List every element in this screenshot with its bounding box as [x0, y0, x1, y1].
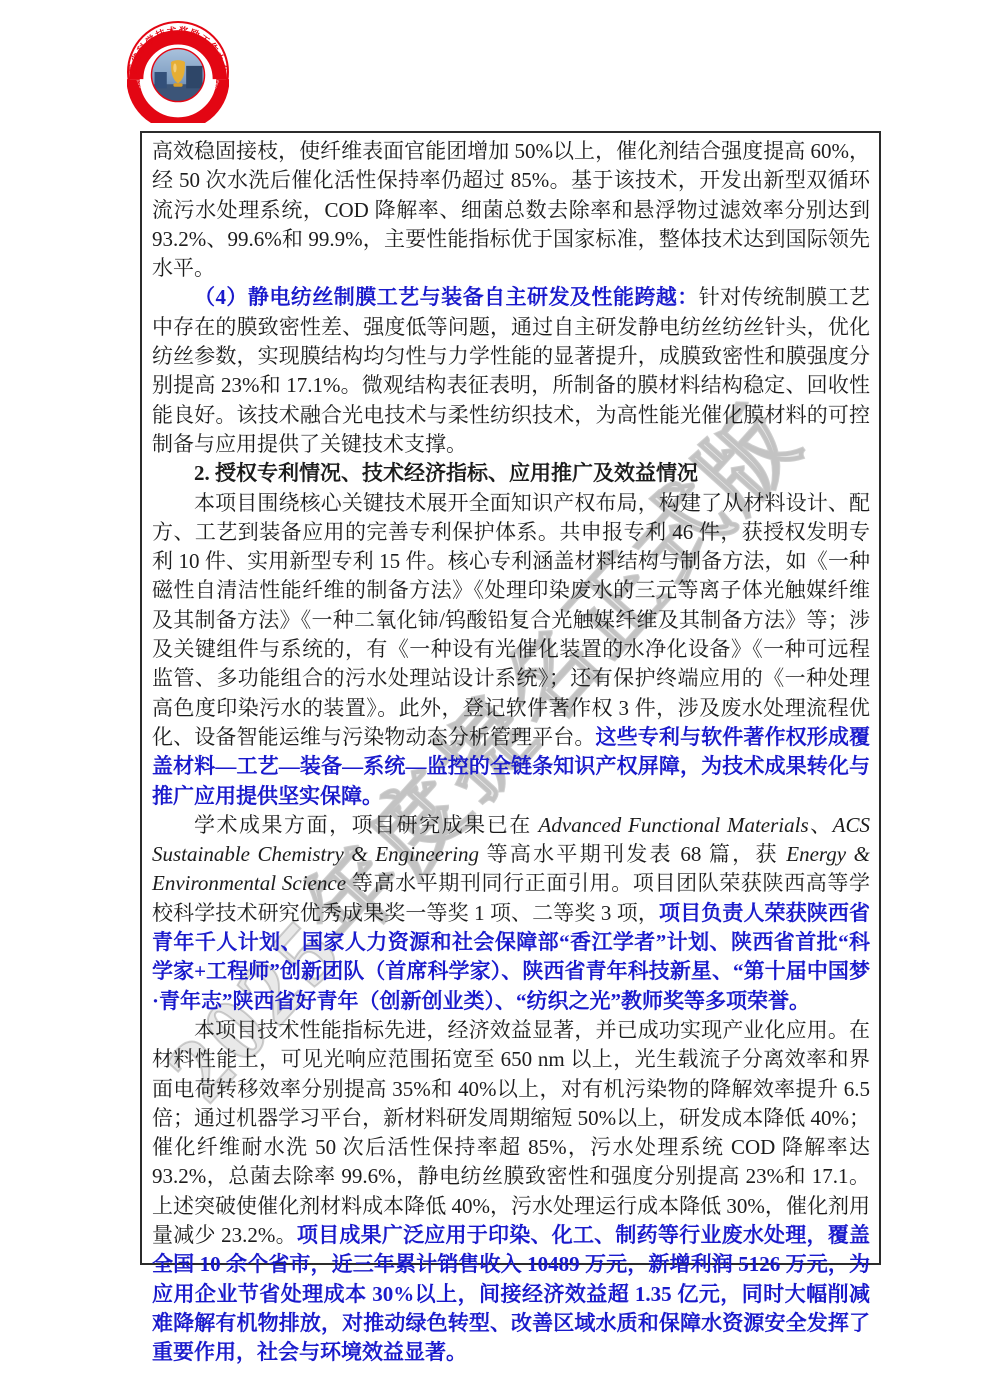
page-root: { "page": {"width": 990, "height": 1399,… [0, 0, 990, 1399]
text-run-normal: 等高水平期刊发表 68 篇，获 [479, 842, 786, 866]
text-run-blue-bold: （4）静电纺丝制膜工艺与装备自主研发及性能跨越： [194, 285, 699, 309]
paragraph: 本项目技术性能指标先进，经济效益显著，并已成功实现产业化应用。在材料性能上，可见… [152, 1016, 870, 1368]
text-run-normal: 学术成果方面，项目研究成果已在 [194, 813, 539, 837]
text-run-normal: 针对传统制膜工艺中存在的膜致密性差、强度低等问题，通过自主研发静电纺丝纺丝针头，… [152, 285, 870, 455]
text-run-normal: 、 [809, 813, 833, 837]
office-seal-logo: 陕西省科学技术奖励工作办公室 SHAANXI PROVINCE OFFICE O… [127, 21, 229, 123]
paragraph: 高效稳固接枝，使纤维表面官能团增加 50%以上，催化剂结合强度提高 60%，经 … [152, 137, 870, 283]
text-run-normal: 本项目围绕核心关键技术展开全面知识产权布局，构建了从材料设计、配方、工艺到装备应… [152, 491, 870, 749]
paragraph: 本项目围绕核心关键技术展开全面知识产权布局，构建了从材料设计、配方、工艺到装备应… [152, 489, 870, 811]
text-run-normal: 本项目技术性能指标先进，经济效益显著，并已成功实现产业化应用。在材料性能上，可见… [152, 1018, 870, 1247]
text-run-normal: 高效稳固接枝，使纤维表面官能团增加 50%以上，催化剂结合强度提高 60%，经 … [152, 139, 870, 280]
paragraph: （4）静电纺丝制膜工艺与装备自主研发及性能跨越：针对传统制膜工艺中存在的膜致密性… [152, 283, 870, 459]
paragraph: 学术成果方面，项目研究成果已在 Advanced Functional Mate… [152, 811, 870, 1016]
section-heading: 2. 授权专利情况、技术经济指标、应用推广及效益情况 [152, 459, 870, 488]
text-run-normal: 2. 授权专利情况、技术经济指标、应用推广及效益情况 [194, 461, 698, 485]
text-run-italic: Advanced Functional Materials [539, 813, 809, 837]
document-body: 高效稳固接枝，使纤维表面官能团增加 50%以上，催化剂结合强度提高 60%，经 … [140, 131, 881, 1265]
seal-icon: 陕西省科学技术奖励工作办公室 SHAANXI PROVINCE OFFICE O… [127, 21, 229, 123]
